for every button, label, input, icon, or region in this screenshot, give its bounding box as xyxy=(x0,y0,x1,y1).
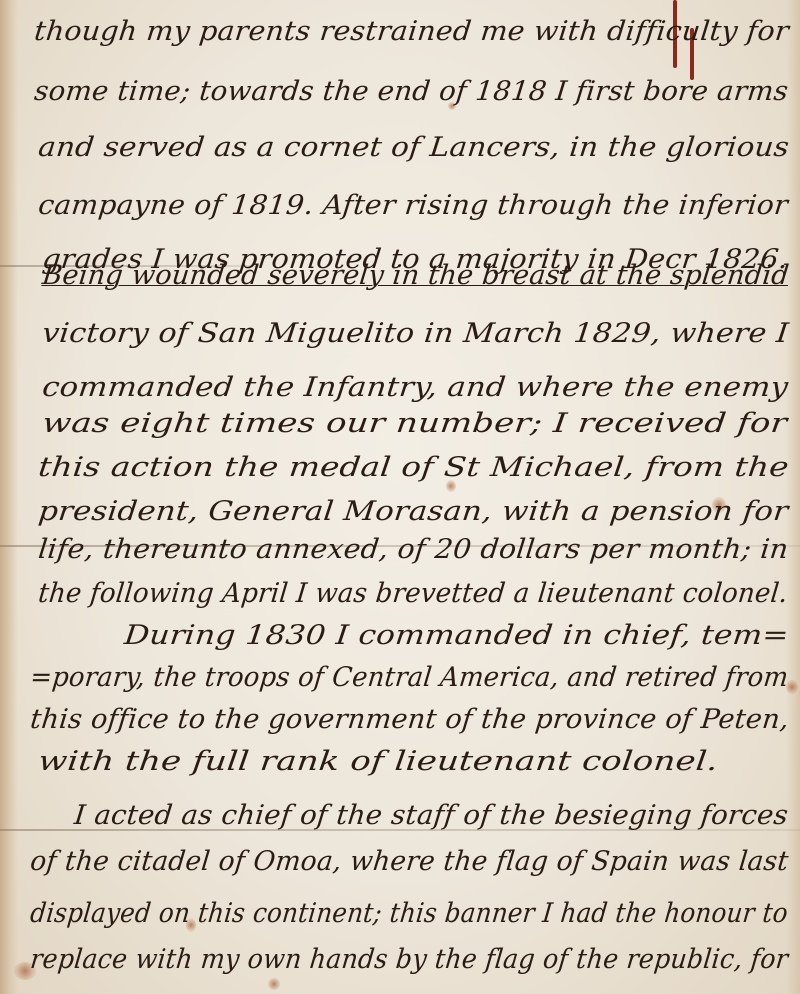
manuscript-page: though my parents restrained me with dif… xyxy=(0,0,800,994)
text-line: some time; towards the end of 1818 I fir… xyxy=(33,76,790,107)
text-line: the following April I was brevetted a li… xyxy=(37,578,790,609)
text-line: campayne of 1819. After rising through t… xyxy=(37,190,790,221)
text-line: I acted as chief of the staff of the bes… xyxy=(73,800,790,831)
text-line: commanded the Infantry, and where the en… xyxy=(41,372,790,403)
text-line: =porary, the troops of Central America, … xyxy=(29,662,790,693)
foxing-stain xyxy=(268,978,280,990)
text-line: this action the medal of St Michael, fro… xyxy=(37,452,791,483)
foxing-stain xyxy=(786,680,798,694)
text-line: this office to the government of the pro… xyxy=(29,704,791,735)
text-line: life, thereunto annexed, of 20 dollars p… xyxy=(37,534,790,565)
text-line: president, General Morasan, with a pensi… xyxy=(37,496,790,527)
text-line: and served as a cornet of Lancers, in th… xyxy=(37,132,791,163)
text-line: Being wounded severely in the breast at … xyxy=(41,260,791,291)
text-line: displayed on this continent; this banner… xyxy=(29,898,790,929)
text-line: During 1830 I commanded in chief, tem= xyxy=(123,620,791,651)
text-line: with the full rank of lieutenant colonel… xyxy=(37,746,720,777)
paper-left-edge xyxy=(0,0,18,994)
text-line: of the citadel of Omoa, where the flag o… xyxy=(29,846,790,877)
text-line: was eight times our number; I received f… xyxy=(41,408,789,439)
text-line: though my parents restrained me with dif… xyxy=(33,16,791,47)
text-line: replace with my own hands by the flag of… xyxy=(29,944,790,975)
text-line: victory of San Miguelito in March 1829, … xyxy=(41,318,790,349)
